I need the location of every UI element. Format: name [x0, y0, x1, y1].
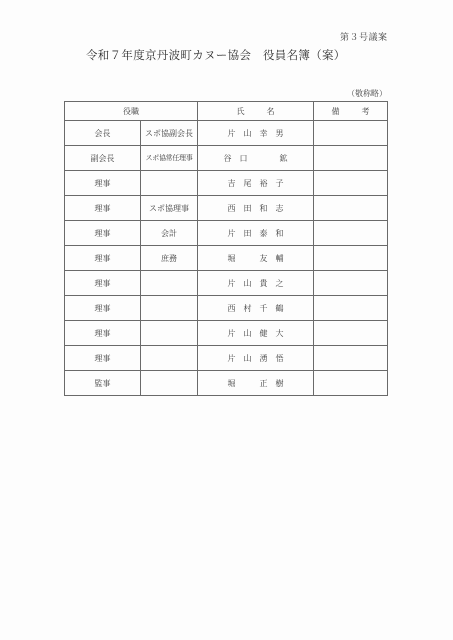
table-row: 理事 会計 片 田 泰 和: [65, 221, 388, 246]
honorific-note: （敬称略）: [347, 88, 387, 99]
sub-role-cell: [141, 346, 198, 371]
document-title: 令和７年度京丹波町カヌー協会 役員名簿（案）: [86, 47, 346, 63]
name-cell: 片 山 幸 男: [198, 121, 314, 146]
sub-role-cell: 会計: [141, 221, 198, 246]
remarks-cell: [314, 346, 388, 371]
role-cell: 理事: [65, 346, 141, 371]
role-cell: 理事: [65, 296, 141, 321]
role-cell: 理事: [65, 196, 141, 221]
sub-role-cell: [141, 171, 198, 196]
role-cell: 監事: [65, 371, 141, 396]
header-remarks: 備 考: [314, 102, 388, 121]
sub-role-cell: [141, 371, 198, 396]
table-row: 理事 吉 尾 裕 子: [65, 171, 388, 196]
remarks-cell: [314, 271, 388, 296]
header-name: 氏 名: [198, 102, 314, 121]
remarks-cell: [314, 121, 388, 146]
role-cell: 理事: [65, 271, 141, 296]
table-row: 理事 片 山 湧 悟: [65, 346, 388, 371]
remarks-cell: [314, 246, 388, 271]
sub-role-cell: [141, 321, 198, 346]
name-cell: 片 山 貴 之: [198, 271, 314, 296]
role-cell: 理事: [65, 246, 141, 271]
sub-role-cell: スポ協理事: [141, 196, 198, 221]
name-cell: 西 田 和 志: [198, 196, 314, 221]
remarks-cell: [314, 321, 388, 346]
name-cell: 堀 友 輔: [198, 246, 314, 271]
role-cell: 理事: [65, 321, 141, 346]
remarks-cell: [314, 146, 388, 171]
name-cell: 片 田 泰 和: [198, 221, 314, 246]
remarks-cell: [314, 171, 388, 196]
name-cell: 片 山 健 大: [198, 321, 314, 346]
header-role: 役職: [65, 102, 198, 121]
sub-role-cell: [141, 271, 198, 296]
role-cell: 副会長: [65, 146, 141, 171]
agenda-number: 第３号議案: [340, 30, 388, 43]
sub-role-cell: スポ協常任理事: [141, 146, 198, 171]
table-row: 会長 スポ協副会長 片 山 幸 男: [65, 121, 388, 146]
table-row: 理事 片 山 健 大: [65, 321, 388, 346]
table-row: 理事 西 村 千 鶴: [65, 296, 388, 321]
table-row: 理事 片 山 貴 之: [65, 271, 388, 296]
name-cell: 西 村 千 鶴: [198, 296, 314, 321]
table-row: 監事 堀 正 樹: [65, 371, 388, 396]
table-row: 副会長 スポ協常任理事 谷 口 鉱: [65, 146, 388, 171]
name-cell: 片 山 湧 悟: [198, 346, 314, 371]
officer-roster-table: 役職 氏 名 備 考 会長 スポ協副会長 片 山 幸 男 副会長 スポ協常任理事…: [64, 101, 388, 396]
name-cell: 吉 尾 裕 子: [198, 171, 314, 196]
role-cell: 理事: [65, 221, 141, 246]
table-header-row: 役職 氏 名 備 考: [65, 102, 388, 121]
remarks-cell: [314, 296, 388, 321]
remarks-cell: [314, 371, 388, 396]
document-page: 第３号議案 令和７年度京丹波町カヌー協会 役員名簿（案） （敬称略） 役職 氏 …: [0, 0, 453, 640]
role-cell: 理事: [65, 171, 141, 196]
sub-role-cell: スポ協副会長: [141, 121, 198, 146]
name-cell: 堀 正 樹: [198, 371, 314, 396]
sub-role-cell: 庶務: [141, 246, 198, 271]
role-cell: 会長: [65, 121, 141, 146]
table-row: 理事 スポ協理事 西 田 和 志: [65, 196, 388, 221]
name-cell: 谷 口 鉱: [198, 146, 314, 171]
remarks-cell: [314, 221, 388, 246]
remarks-cell: [314, 196, 388, 221]
table-row: 理事 庶務 堀 友 輔: [65, 246, 388, 271]
sub-role-cell: [141, 296, 198, 321]
